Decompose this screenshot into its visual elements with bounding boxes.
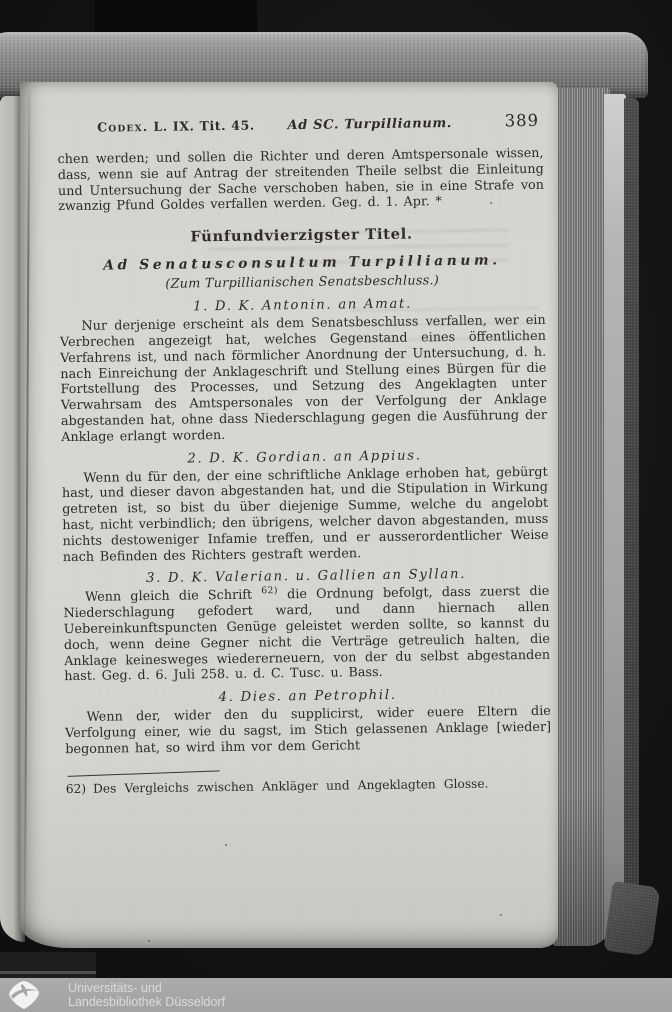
footnote-reference: 62) — [261, 585, 278, 596]
dust-speck — [112, 384, 114, 386]
library-name: Universitäts- und Landesbibliothek Düsse… — [68, 981, 225, 1010]
dust-speck — [490, 202, 492, 204]
dust-speck — [372, 642, 374, 644]
header-citation: Codex. L. IX. Tit. 45. — [97, 118, 255, 135]
header-citation-rest: L. IX. Tit. 45. — [148, 118, 255, 134]
intro-paragraph: chen werden; und sollen die Richter und … — [57, 146, 544, 216]
ulb-logo-icon — [8, 980, 48, 1010]
book-fore-edge-highlight — [604, 94, 626, 940]
title-heading: Fünfundvierzigster Titel. — [59, 224, 545, 247]
dust-speck — [225, 844, 227, 846]
page-text-block: Codex. L. IX. Tit. 45. Ad SC. Turpillian… — [57, 111, 552, 796]
library-name-line1: Universitäts- und — [68, 981, 225, 996]
section-2-body: Wenn du für den, der eine schriftliche A… — [62, 464, 549, 565]
footnote-rule — [68, 770, 220, 776]
header-chapter-title: Ad SC. Turpillianum. — [287, 116, 452, 133]
dust-speck — [148, 940, 150, 942]
german-subtitle: (Zum Turpillianischen Senatsbeschluss.) — [59, 272, 545, 293]
running-header: Codex. L. IX. Tit. 45. Ad SC. Turpillian… — [57, 111, 543, 136]
book-cover-corner — [603, 881, 660, 957]
table-edge-shadow — [0, 952, 96, 978]
header-codex-label: Codex. — [97, 119, 148, 135]
latin-title: Ad Senatusconsultum Turpillianum. — [59, 252, 545, 274]
book-cover-edge — [624, 98, 639, 938]
section-3-body: Wenn gleich die Schrift 62) die Ordnung … — [63, 584, 550, 685]
section-4-body: Wenn der, wider den du supplicirst, wide… — [65, 704, 552, 758]
ulb-duesseldorf-logo-icon — [8, 980, 52, 1010]
section-3-body-start: Wenn gleich die Schrift — [85, 588, 261, 605]
dust-speck — [500, 914, 502, 916]
book-fore-edge-pages — [552, 88, 610, 946]
page-number: 389 — [504, 111, 539, 130]
library-name-line2: Landesbibliothek Düsseldorf — [68, 995, 225, 1010]
footnote-marker: 62) — [66, 781, 86, 796]
footnote-text: Des Vergleichs zwischen Ankläger und Ang… — [93, 776, 489, 796]
section-1-body: Nur derjenige erscheint als dem Senatsbe… — [60, 313, 548, 446]
table-edge-highlight — [0, 971, 96, 974]
book-page: Codex. L. IX. Tit. 45. Ad SC. Turpillian… — [20, 82, 558, 948]
library-branding-bar: Universitäts- und Landesbibliothek Düsse… — [0, 978, 672, 1012]
footnote: 62) Des Vergleichs zwischen Ankläger und… — [66, 776, 518, 796]
scanned-book-photograph: Codex. L. IX. Tit. 45. Ad SC. Turpillian… — [0, 0, 672, 1012]
